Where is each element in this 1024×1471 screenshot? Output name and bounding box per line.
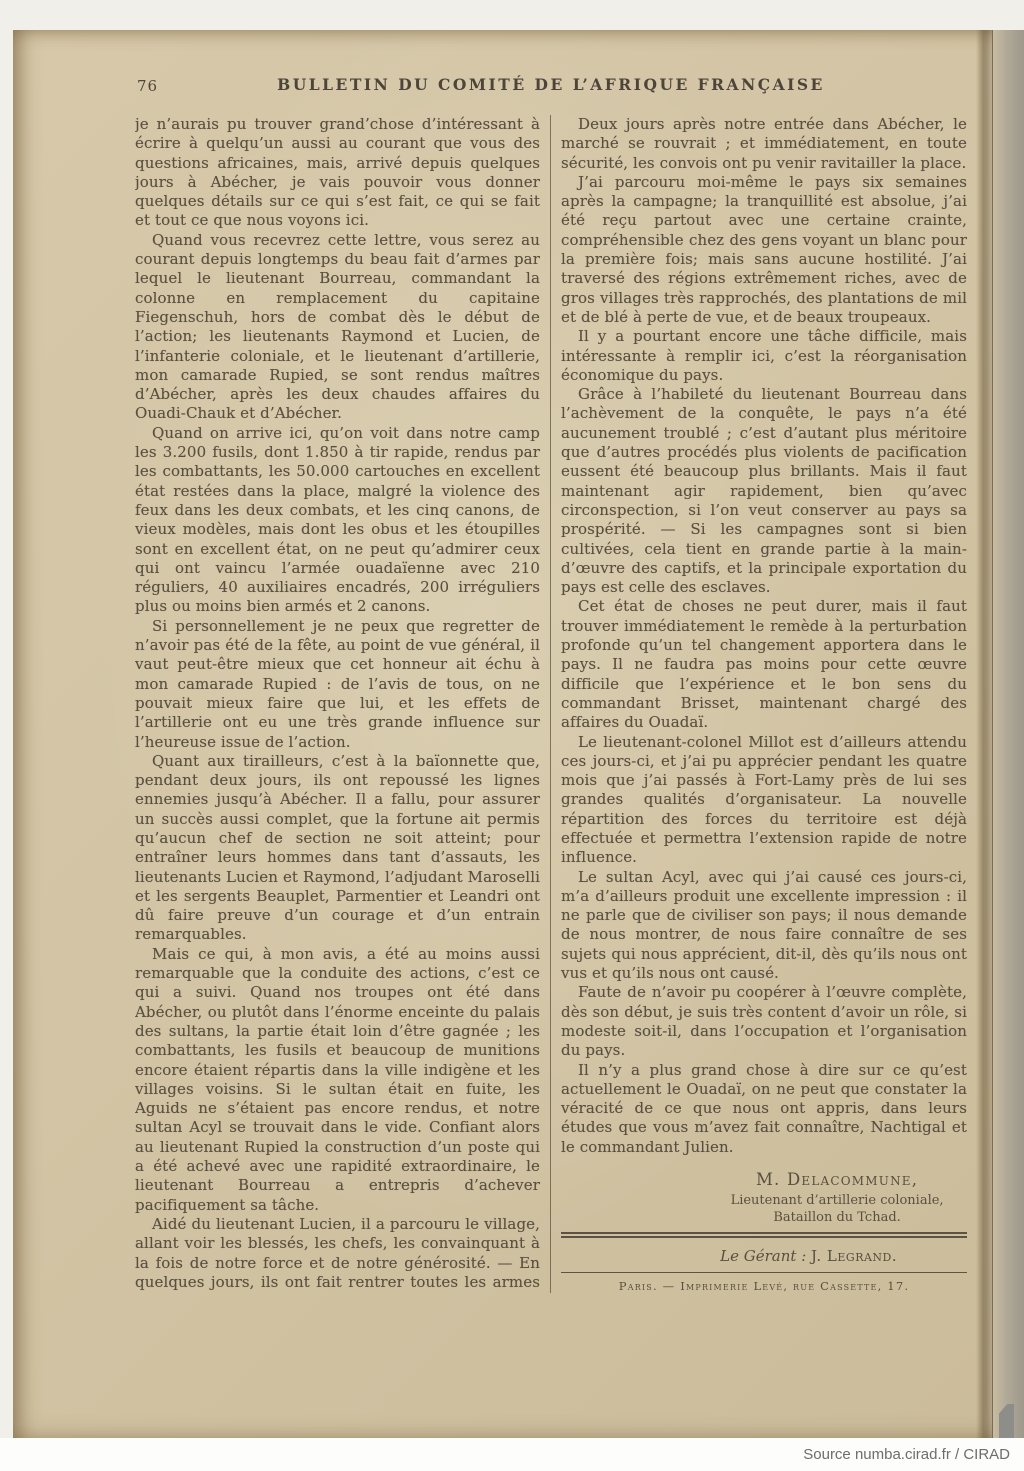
book-edge — [992, 30, 1024, 1438]
text-columns: je n’aurais pu trouver grand’chose d’int… — [135, 115, 967, 1293]
screenshot-root: 76 BULLETIN DU COMITÉ DE L’AFRIQUE FRANÇ… — [0, 0, 1024, 1471]
paragraph: Cet état de choses ne peut durer, mais i… — [561, 597, 967, 732]
signature-block: M. Delacommune, Lieutenant d’artillerie … — [707, 1170, 967, 1225]
paragraph: Le lieutenant-colonel Millot est d’aille… — [561, 733, 967, 868]
signature-name: M. Delacommune, — [707, 1170, 967, 1189]
double-rule-divider — [561, 1232, 967, 1238]
paragraph: Il n’y a plus grand chose à dire sur ce … — [561, 1061, 967, 1157]
signature-unit: Bataillon du Tchad. — [707, 1210, 967, 1225]
paragraph: Quand on arrive ici, qu’on voit dans not… — [135, 424, 540, 617]
paragraph: je n’aurais pu trouver grand’chose d’int… — [135, 115, 540, 231]
paragraph: J’ai parcouru moi-même le pays six semai… — [561, 173, 967, 327]
imprint-line: Paris. — Imprimerie Levé, rue Cassette, … — [561, 1279, 967, 1293]
gerant-line: Le Gérant : J. Legrand. — [561, 1247, 967, 1265]
source-bar: Source numba.cirad.fr / CIRAD — [0, 1438, 1024, 1471]
thin-rule-divider — [561, 1272, 967, 1273]
source-attribution: Source numba.cirad.fr / CIRAD — [803, 1446, 1010, 1463]
paragraph: Aidé du lieutenant Lucien, il a parcouru… — [135, 1215, 540, 1293]
journal-title: BULLETIN DU COMITÉ DE L’AFRIQUE FRANÇAIS… — [135, 75, 967, 94]
paragraph: Si personnellement je ne peux que regret… — [135, 617, 540, 752]
gerant-label: Le Gérant : — [720, 1247, 811, 1265]
right-column: Deux jours après notre entrée dans Abéch… — [551, 115, 967, 1293]
gerant-name: J. Legrand. — [811, 1247, 897, 1265]
page-scan: 76 BULLETIN DU COMITÉ DE L’AFRIQUE FRANÇ… — [13, 30, 992, 1438]
left-column: je n’aurais pu trouver grand’chose d’int… — [135, 115, 551, 1293]
column-footer: Le Gérant : J. Legrand. Paris. — Imprime… — [561, 1232, 967, 1293]
paragraph: Le sultan Acyl, avec qui j’ai causé ces … — [561, 868, 967, 984]
paragraph: Faute de n’avoir pu coopérer à l’œuvre c… — [561, 983, 967, 1060]
signature-role: Lieutenant d’artillerie coloniale, — [707, 1193, 967, 1208]
paragraph: Deux jours après notre entrée dans Abéch… — [561, 115, 967, 173]
paragraph: Quand vous recevrez cette lettre, vous s… — [135, 231, 540, 424]
paragraph: Quant aux tirailleurs, c’est à la baïonn… — [135, 752, 540, 945]
paragraph: Grâce à l’habileté du lieutenant Bourrea… — [561, 385, 967, 597]
paragraph: Mais ce qui, à mon avis, a été au moins … — [135, 945, 540, 1215]
paragraph: Il y a pourtant encore une tâche diffici… — [561, 327, 967, 385]
